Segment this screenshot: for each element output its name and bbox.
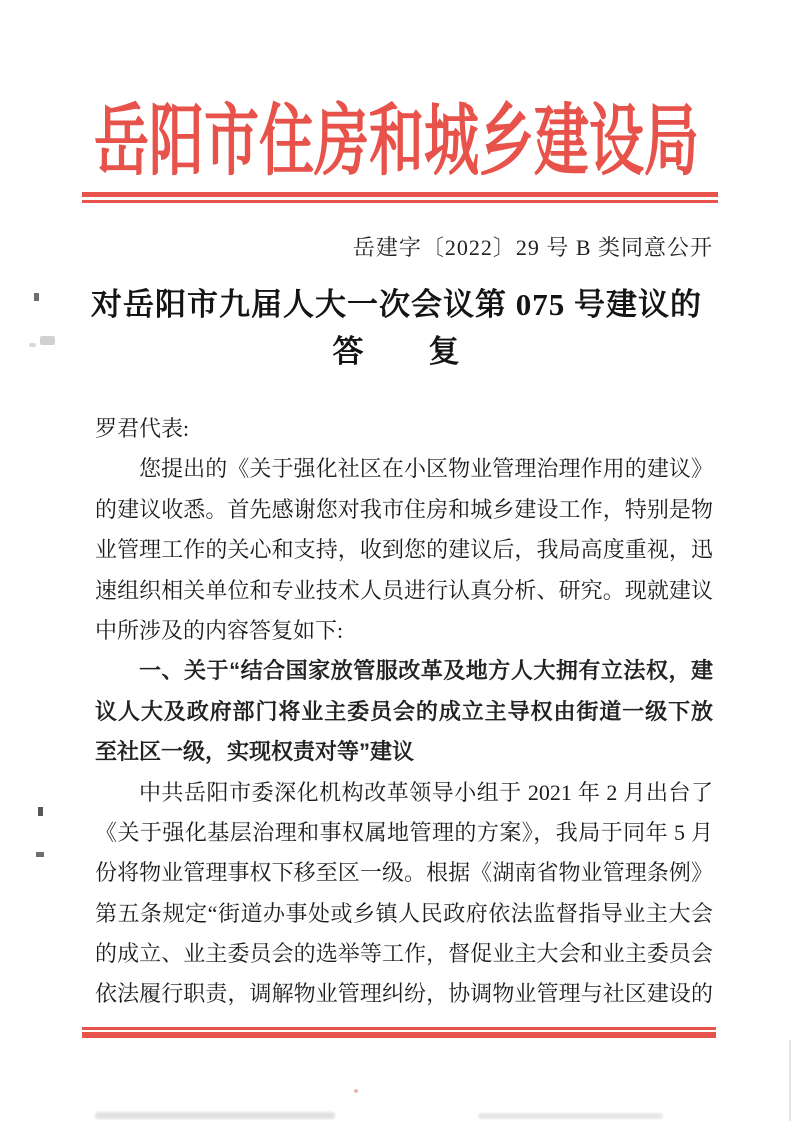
- page-edge-shadow: [789, 1040, 791, 1121]
- rule-thin-bar: [82, 200, 718, 203]
- body-line: 依法履行职责，调解物业管理纠纷，协调物业管理与社区建设的: [95, 974, 713, 1014]
- document-title: 对岳阳市九届人大一次会议第 075 号建议的 答 复: [0, 281, 793, 375]
- body-line: 第五条规定“街道办事处或乡镇人民政府依法监督指导业主大会: [95, 894, 713, 934]
- footer-double-rule: [82, 1027, 716, 1038]
- scan-smudge: [478, 1113, 663, 1119]
- title-line-1: 对岳阳市九届人大一次会议第 075 号建议的: [0, 281, 793, 328]
- body-line: 您提出的《关于强化社区在小区物业管理治理作用的建议》: [95, 449, 713, 489]
- title-line-2: 答 复: [0, 328, 793, 375]
- body-line: 议人大及政府部门将业主委员会的成立主导权由街道一级下放: [95, 692, 713, 732]
- body-line: 的成立、业主委员会的选举等工作，督促业主大会和业主委员会: [95, 934, 713, 974]
- body-line: 罗君代表:: [95, 409, 713, 449]
- body-line: 一、关于“结合国家放管服改革及地方人大拥有立法权，建: [95, 651, 713, 691]
- scan-speck: [354, 1089, 358, 1093]
- document-page: 岳阳市住房和城乡建设局 岳建字〔2022〕29 号 B 类同意公开 对岳阳市九届…: [0, 0, 793, 1121]
- body-line: 的建议收悉。首先感谢您对我市住房和城乡建设工作，特别是物: [95, 490, 713, 530]
- letterhead-double-rule: [82, 192, 718, 203]
- body-line: 至社区一级，实现权责对等”建议: [95, 732, 713, 772]
- letterhead-bureau-name: 岳阳市住房和城乡建设局: [0, 102, 793, 180]
- body-line: 速组织相关单位和专业技术人员进行认真分析、研究。现就建议: [95, 571, 713, 611]
- scan-speck: [36, 852, 44, 857]
- scan-speck: [29, 343, 36, 347]
- scan-speck: [34, 293, 39, 301]
- scan-speck: [38, 807, 43, 816]
- body-line: 中共岳阳市委深化机构改革领导小组于 2021 年 2 月出台了: [95, 773, 713, 813]
- document-body: 罗君代表:您提出的《关于强化社区在小区物业管理治理作用的建议》的建议收悉。首先感…: [95, 409, 713, 1015]
- scan-speck: [40, 336, 55, 345]
- body-line: 业管理工作的关心和支持，收到您的建议后，我局高度重视，迅: [95, 530, 713, 570]
- rule-thick-bar: [82, 1032, 716, 1038]
- body-line: 份将物业管理事权下移至区一级。根据《湖南省物业管理条例》: [95, 853, 713, 893]
- body-line: 中所涉及的内容答复如下:: [95, 611, 713, 651]
- body-line: 《关于强化基层治理和事权属地管理的方案》，我局于同年 5 月: [95, 813, 713, 853]
- document-number: 岳建字〔2022〕29 号 B 类同意公开: [95, 231, 713, 262]
- scan-smudge: [95, 1112, 335, 1119]
